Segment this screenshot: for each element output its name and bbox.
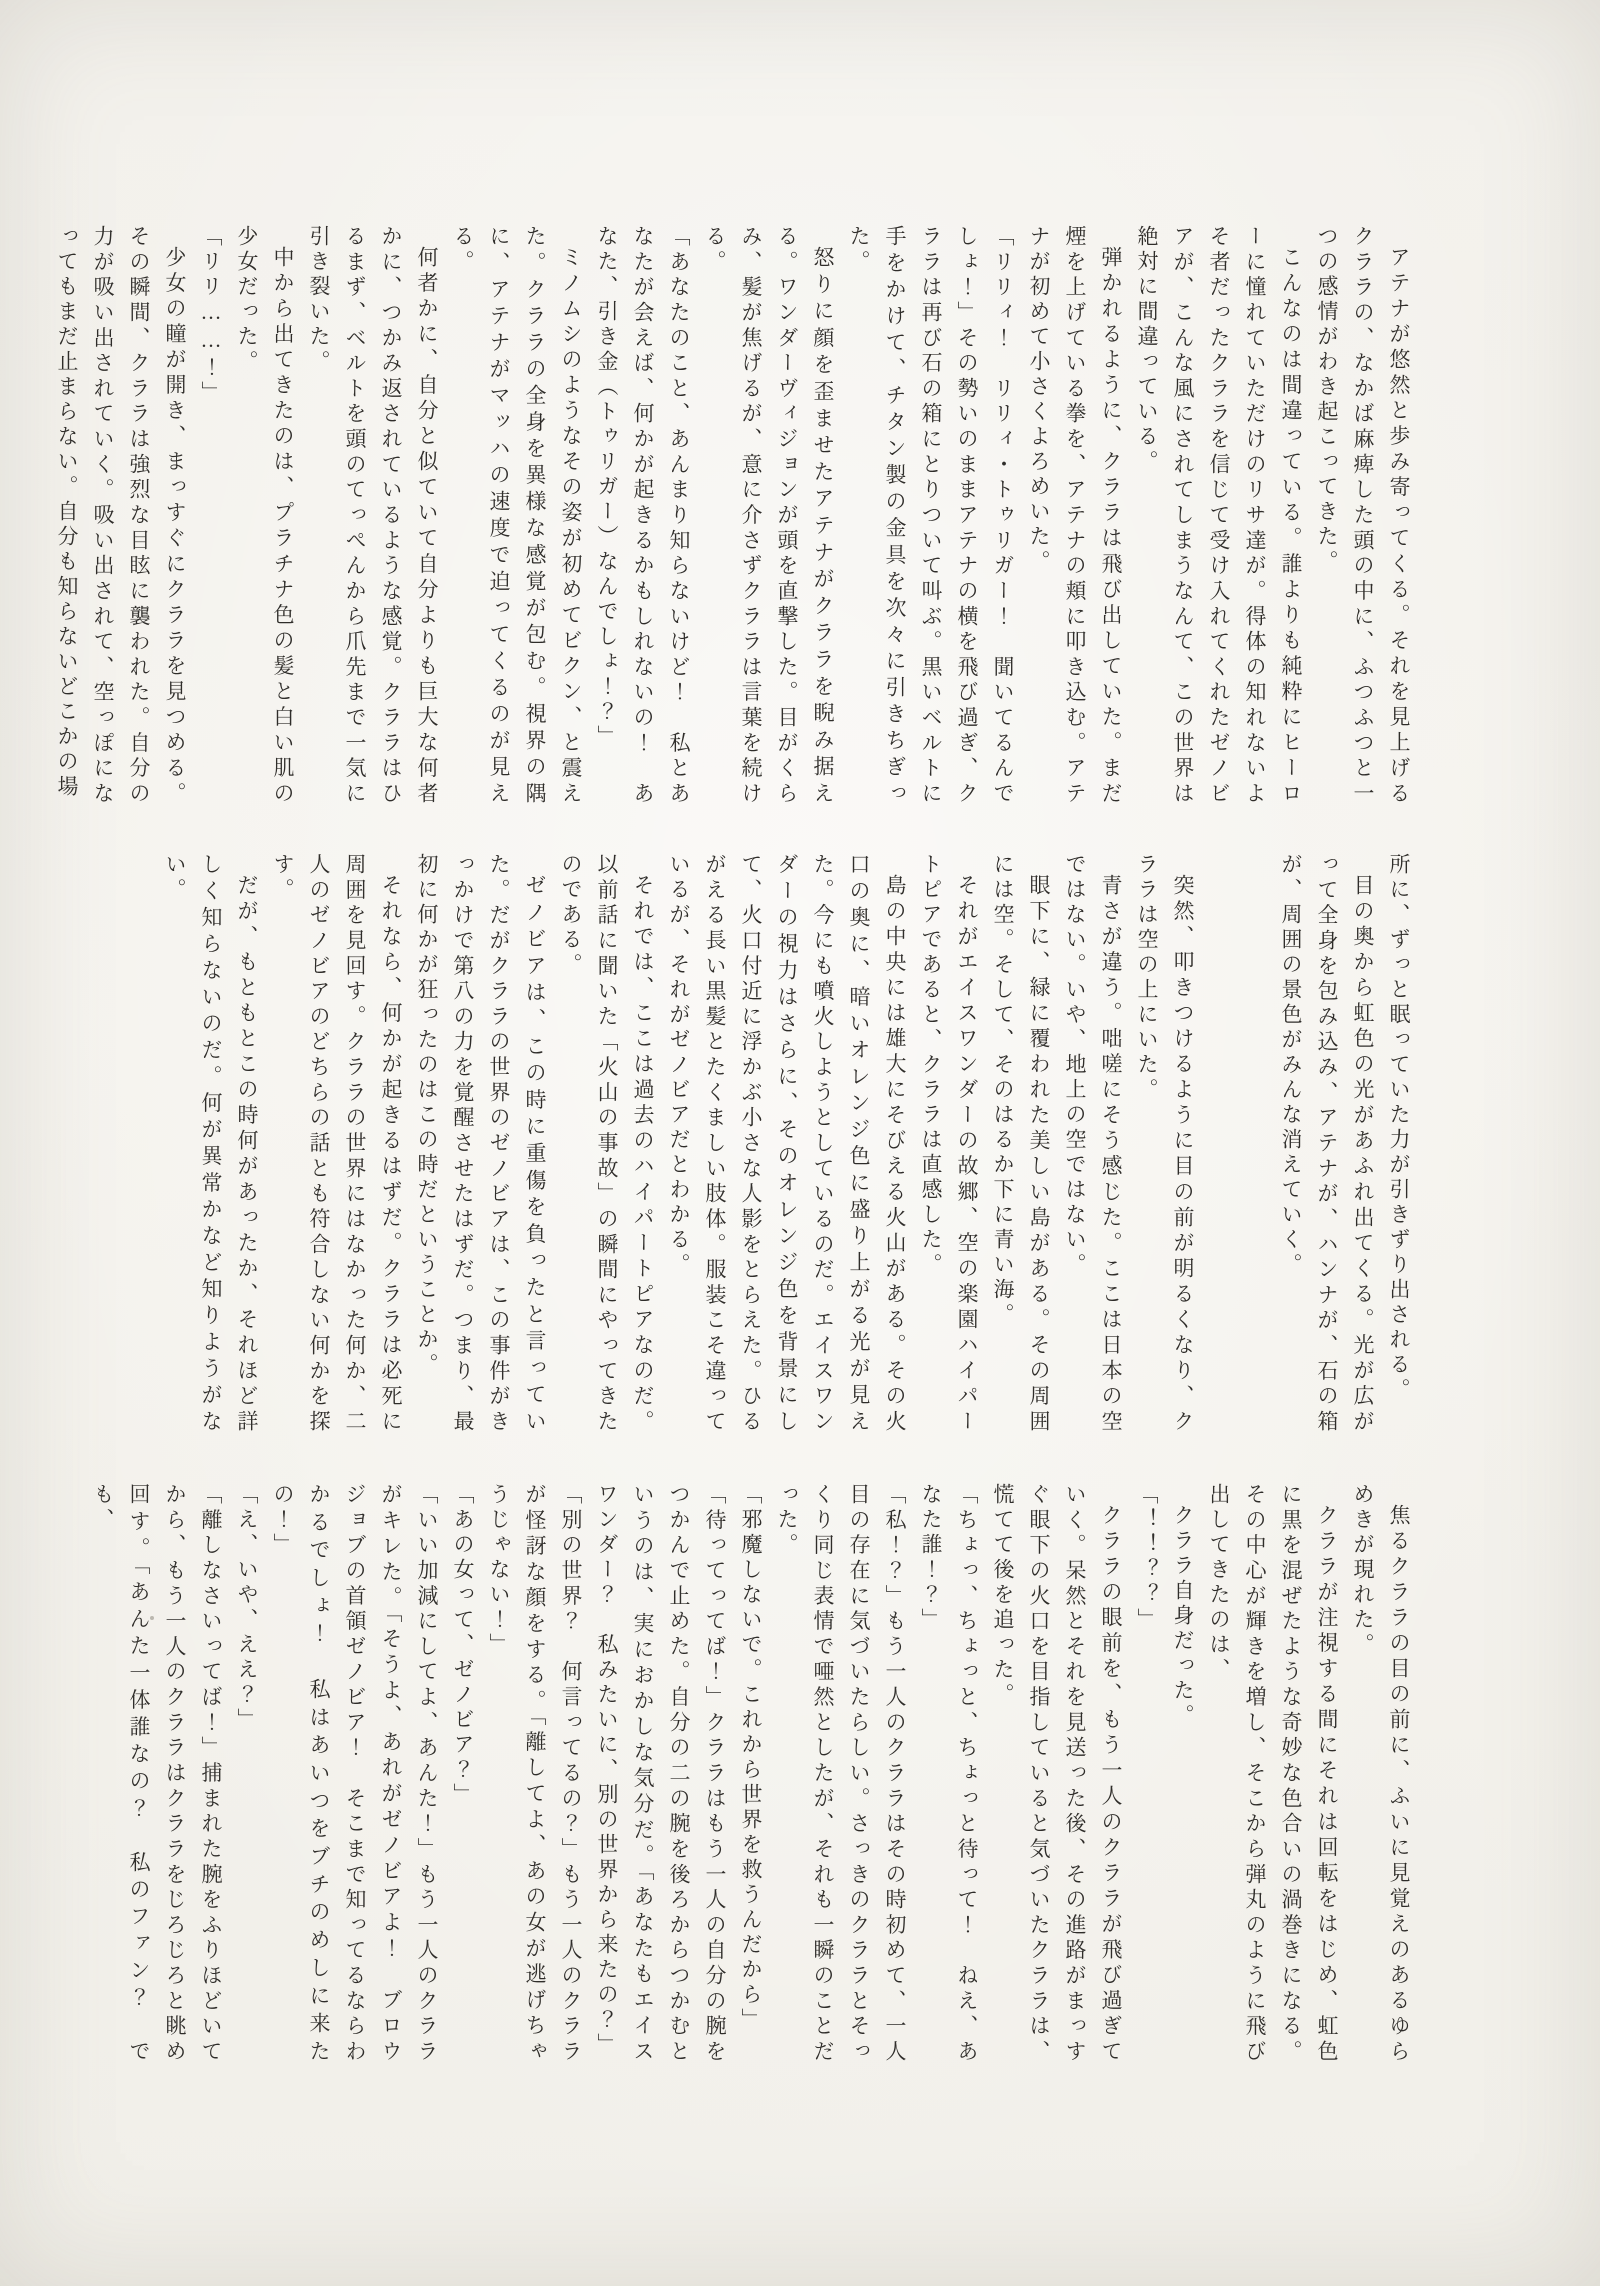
scan-speck xyxy=(150,1616,154,1620)
paragraph-dialogue: 「邪魔しないで。これから世界を救うんだから」 xyxy=(733,1483,769,2065)
paragraph: クララの眼前を、もう一人のクララが飛び過ぎていく。呆然とそれを見送った後、その進… xyxy=(985,1483,1129,2065)
paragraph: ゼノビアは、この時に重傷を負ったと言っていた。だがクララの世界のゼノビアは、この… xyxy=(409,853,553,1435)
paragraph-dialogue: 「ちょっ、ちょっと、ちょっと待って！ ねえ、あなた誰！？」 xyxy=(913,1483,985,2065)
text-band-2: 所に、ずっと眠っていた力が引きずり出される。 目の奥から虹色の光があふれ出てくる… xyxy=(165,853,1417,1435)
paragraph-after-scene-break: 突然、叩きつけるように目の前が明るくなり、クララは空の上にいた。 xyxy=(1129,853,1201,1435)
paragraph: ミノムシのようなその姿が初めてビクン、と震えた。クララの全身を異様な感覚が包む。… xyxy=(445,225,589,807)
paragraph: 怒りに顔を歪ませたアテナがクララを睨み据える。ワンダーヴィジョンが頭を直撃した。… xyxy=(697,225,841,807)
paragraph: アテナが悠然と歩み寄ってくる。それを見上げるクララの、なかば麻痺した頭の中に、ふ… xyxy=(1309,225,1417,807)
paragraph: 目の奥から虹色の光があふれ出てくる。光が広がって全身を包み込み、アテナが、ハンナ… xyxy=(1273,853,1381,1435)
paragraph: クララが注視する間にそれは回転をはじめ、虹色に黒を混ぜたような奇妙な色合いの渦巻… xyxy=(1201,1483,1345,2065)
paragraph: それでは、ここは過去のハイパートピアなのだ。以前話に聞いた「火山の事故」の瞬間に… xyxy=(553,853,661,1435)
paragraph: 少女の瞳が開き、まっすぐにクララを見つめる。その瞬間、クララは強烈な目眩に襲われ… xyxy=(49,225,193,807)
paragraph: 焦るクララの目の前に、ふいに見覚えのあるゆらめきが現れた。 xyxy=(1345,1483,1417,2065)
paragraph: 弾かれるように、クララは飛び出していた。まだ煙を上げている拳を、アテナの頬に叩き… xyxy=(1021,225,1129,807)
paragraph-dialogue: 「！！？？」 xyxy=(1129,1483,1165,2065)
paragraph: 何者かに、自分と似ていて自分よりも巨大な何者かに、つかみ返されているような感覚。… xyxy=(301,225,445,807)
paragraph-dialogue: 「待ってってば！」クララはもう一人の自分の腕をつかんで止めた。自分の二の腕を後ろ… xyxy=(589,1483,733,2065)
paragraph-continuation: 所に、ずっと眠っていた力が引きずり出される。 xyxy=(1381,853,1417,1435)
text-band-3: 焦るクララの目の前に、ふいに見覚えのあるゆらめきが現れた。 クララが注視する間に… xyxy=(165,1483,1417,2065)
paragraph-dialogue: 「私！？」もう一人のクララはその時初めて、一人目の存在に気づいたらしい。さっきの… xyxy=(769,1483,913,2065)
paragraph-dialogue: 「リリィ！ リリィ・トゥリガー！ 聞いてるんでしょ！」その勢いのままアテナの横を… xyxy=(841,225,1021,807)
novel-page: アテナが悠然と歩み寄ってくる。それを見上げるクララの、なかば麻痺した頭の中に、ふ… xyxy=(0,0,1600,2286)
scan-speck xyxy=(102,742,105,745)
paragraph: 中から出てきたのは、プラチナ色の髪と白い肌の少女だった。 xyxy=(229,225,301,807)
paragraph: だが、もともとこの時何があったか、それほど詳しく知らないのだ。何が異常かなど知り… xyxy=(157,853,265,1435)
paragraph: それなら、何かが起きるはずだ。クララは必死に周囲を見回す。クララの世界にはなかっ… xyxy=(265,853,409,1435)
paragraph: クララ自身だった。 xyxy=(1165,1483,1201,2065)
paragraph: こんなのは間違っている。誰よりも純粋にヒーローに憧れていただけのリサ達が。得体の… xyxy=(1129,225,1309,807)
paragraph-dialogue: 「いい加減にしてよ、あんた！」もう一人のクララがキレた。「そうよ、あれがゼノビア… xyxy=(265,1483,445,2065)
paragraph: 島の中央には雄大にそびえる火山がある。その火口の奥に、暗いオレンジ色に盛り上がる… xyxy=(661,853,913,1435)
paragraph-dialogue: 「あの女って、ゼノビア？」 xyxy=(445,1483,481,2065)
paragraph: 眼下に、緑に覆われた美しい島がある。その周囲には空。そして、そのはるか下に青い海… xyxy=(985,853,1057,1435)
paragraph-dialogue: 「別の世界？ 何言ってるの？」もう一人のクララが怪訝な顔をする。「離してよ、あの… xyxy=(481,1483,589,2065)
paragraph-dialogue: 「離しなさいってば！」捕まれた腕をふりほどいてから、もう一人のクララはクララをじ… xyxy=(85,1483,229,2065)
paragraph: 青さが違う。咄嗟にそう感じた。ここは日本の空ではない。いや、地上の空ではない。 xyxy=(1057,853,1129,1435)
text-band-1: アテナが悠然と歩み寄ってくる。それを見上げるクララの、なかば麻痺した頭の中に、ふ… xyxy=(165,225,1417,807)
paragraph-dialogue: 「リリ……！」 xyxy=(193,225,229,807)
paragraph-dialogue: 「あなたのこと、あんまり知らないけど！ 私とあなたが会えば、何かが起きるかもしれ… xyxy=(589,225,697,807)
paragraph-dialogue: 「え、いや、ええ？」 xyxy=(229,1483,265,2065)
paragraph: それがエイスワンダーの故郷、空の楽園ハイパートピアであると、クララは直感した。 xyxy=(913,853,985,1435)
